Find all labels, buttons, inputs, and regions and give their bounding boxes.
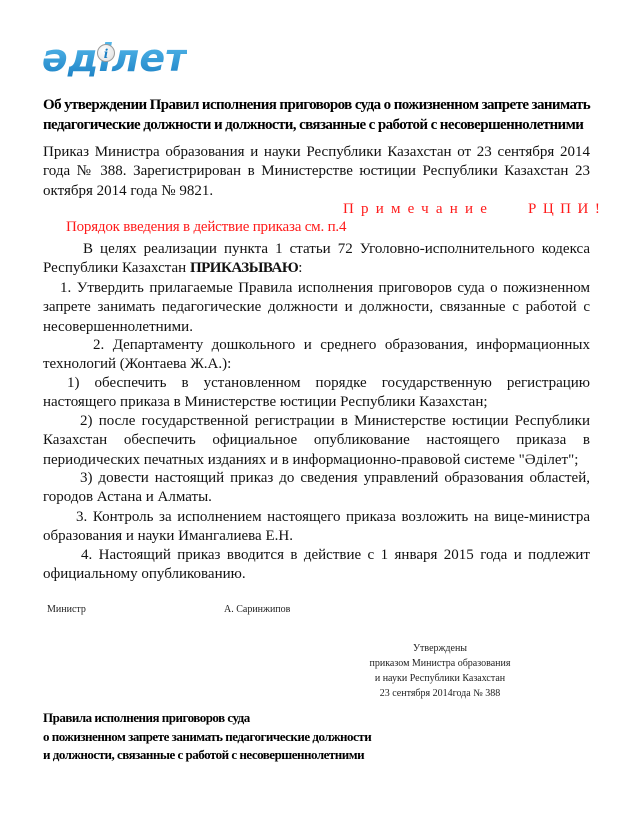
intro-order: ПРИКАЗЫВАЮ [190,260,298,276]
note-source: РЦПИ! [528,201,606,218]
paragraph-4: 4. Настоящий приказ вводится в действие … [43,546,590,585]
intro-text: В целях реализации пункта 1 статьи 72 Уг… [43,241,590,276]
rules-title-line-1: Правила исполнения приговоров суда [43,709,371,728]
paragraph-2-2-text: 2) после государственной регистрации в М… [43,413,590,468]
intro-colon: : [298,260,302,276]
signature-name: А. Саринжипов [224,604,290,615]
rules-title: Правила исполнения приговоров суда о пож… [43,709,371,765]
approval-line-4: 23 сентября 2014года № 388 [340,686,540,701]
approval-block: Утверждены приказом Министра образования… [340,641,540,701]
rules-title-line-3: и должности, связанные с работой с несов… [43,746,371,765]
approval-line-2: приказом Министра образования [340,656,540,671]
approval-line-1: Утверждены [340,641,540,656]
rules-title-line-2: о пожизненном запрете занимать педагогич… [43,728,371,747]
paragraph-2-3-text: 3) довести настоящий приказ до сведения … [43,470,590,505]
paragraph-2-1-text: 1) обеспечить в установленном порядке го… [43,375,590,410]
preamble: Приказ Министра образования и науки Респ… [43,143,590,201]
paragraph-2-3: 3) довести настоящий приказ до сведения … [43,469,590,508]
signature-position: Министр [47,604,86,615]
paragraph-1: 1. Утвердить прилагаемые Правила исполне… [43,279,590,337]
document-title: Об утверждении Правил исполнения пригово… [43,95,603,135]
logo-text: әділет [42,36,187,80]
intro-paragraph: В целях реализации пункта 1 статьи 72 Уг… [43,240,590,279]
paragraph-3: 3. Контроль за исполнением настоящего пр… [43,508,590,547]
paragraph-2: 2. Департаменту дошкольного и среднего о… [43,336,590,375]
paragraph-3-text: 3. Контроль за исполнением настоящего пр… [43,509,590,544]
info-icon: i [97,44,115,62]
paragraph-2-1: 1) обеспечить в установленном порядке го… [43,374,590,413]
paragraph-4-text: 4. Настоящий приказ вводится в действие … [43,547,590,582]
approval-line-3: и науки Республики Казахстан [340,671,540,686]
note-label: Примечание [343,201,494,218]
note-link[interactable]: Порядок введения в действие приказа см. … [66,219,346,236]
adilet-logo[interactable]: әділет i [42,44,177,84]
paragraph-2-text: 2. Департаменту дошкольного и среднего о… [43,337,590,372]
paragraph-1-text: 1. Утвердить прилагаемые Правила исполне… [43,280,590,335]
paragraph-2-2: 2) после государственной регистрации в М… [43,412,590,470]
